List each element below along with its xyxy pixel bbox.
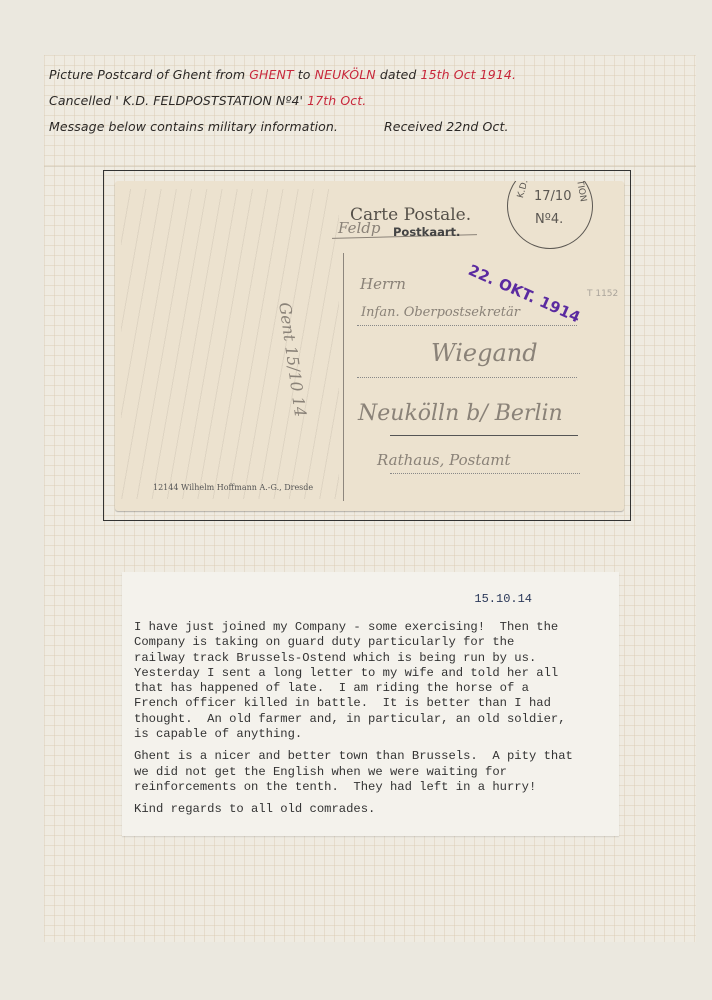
postcard-divider [343, 253, 344, 501]
header-separator [44, 166, 696, 167]
address-line-4: Rathaus, Postamt [377, 451, 511, 469]
feldpost-mark: Feldp [338, 219, 380, 237]
military-info-note: Message below contains military informat… [49, 119, 338, 134]
note-date: 15.10.14 [474, 592, 532, 606]
address-city: Neukölln b/ Berlin [358, 401, 563, 426]
postmark-ring-right: TION [574, 181, 588, 203]
cancellation-date: 17th Oct. [307, 93, 366, 108]
address-rule-3 [390, 435, 578, 437]
postmark-number: Nº4. [535, 212, 563, 227]
description-line-2: Cancelled ' K.D. FELDPOSTSTATION Nº4' 17… [49, 93, 366, 108]
address-rule-4 [390, 473, 580, 475]
note-paragraph: Ghent is a nicer and better town than Br… [134, 749, 619, 795]
to-word: to [294, 67, 315, 82]
printer-imprint: 12144 Wilhelm Hoffmann A.-G., Dresde [153, 483, 313, 492]
note-paragraph: I have just joined my Company - some exe… [134, 620, 619, 742]
translation-note: 15.10.14 I have just joined my Company -… [122, 572, 619, 836]
description-line-3: Message below contains military informat… [49, 119, 509, 134]
address-name: Wiegand [431, 339, 538, 367]
postmark-ring-left: K.D. [516, 181, 530, 199]
note-paragraph: Kind regards to all old comrades. [134, 802, 619, 817]
postmark-time: 17/10 [534, 189, 571, 204]
origin-city: GHENT [249, 67, 293, 82]
address-salutation: Herrn [360, 275, 406, 293]
dated-label: dated [376, 67, 421, 82]
description-prefix: Picture Postcard of Ghent from [49, 67, 249, 82]
postmark-cancel: K.D. 17/10 Nº4. TION [507, 181, 593, 249]
address-rule-2 [357, 377, 577, 379]
address-line-1: Infan. Oberpostsekretär [361, 305, 520, 320]
description-line-1: Picture Postcard of Ghent from GHENT to … [49, 67, 516, 82]
cancellation-text: Cancelled ' K.D. FELDPOSTSTATION Nº4' [49, 93, 307, 108]
pencil-annotation: T 1152 [587, 289, 618, 299]
note-body: I have just joined my Company - some exe… [134, 620, 619, 825]
sent-date: 15th Oct 1914. [421, 67, 516, 82]
destination-city: NEUKÖLN [315, 67, 376, 82]
postcard-subtitle: Postkaart. [393, 225, 460, 239]
handwritten-message [121, 189, 339, 499]
address-rule-1 [357, 325, 577, 327]
postcard: Gent 15/10 14 Carte Postale. Feldp Postk… [115, 181, 624, 511]
received-date: Received 22nd Oct. [384, 119, 509, 134]
